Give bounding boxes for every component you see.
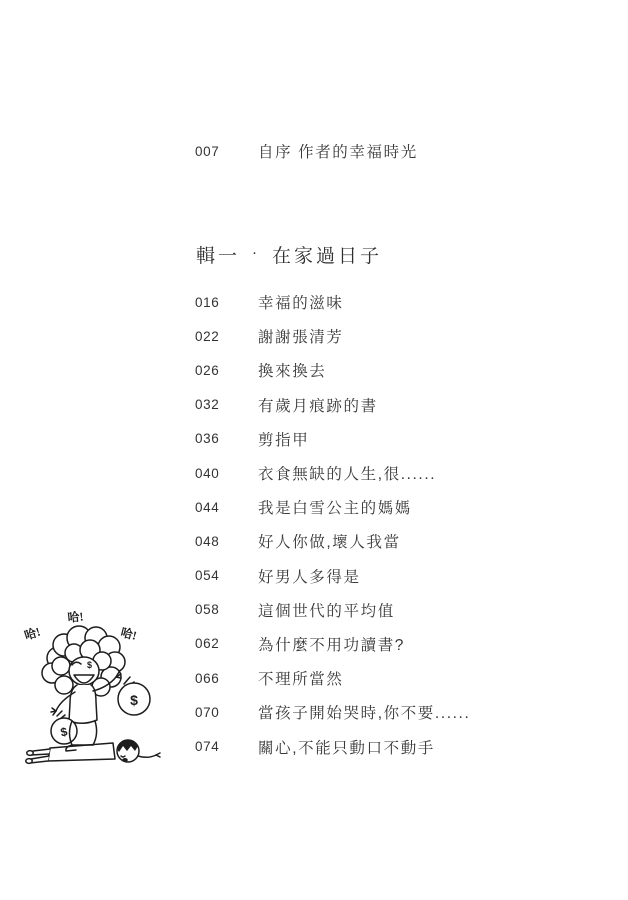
toc-entry: 054 好男人多得是: [195, 559, 470, 593]
toc-entry: 066 不理所當然: [195, 661, 470, 695]
section-header: 輯一 · 在家過日子: [196, 241, 382, 268]
toc-entry: 022 謝謝張清芳: [195, 319, 470, 353]
toc-entry: 040 衣食無缺的人生,很......: [195, 456, 470, 490]
laughing-woman-figure: $ $ $: [42, 626, 150, 751]
toc-entry-page-number: 066: [195, 671, 258, 686]
section-label: 輯一: [196, 241, 240, 268]
toc-entry-list: 016 幸福的滋味 022 謝謝張清芳 026 換來換去 032 有歲月痕跡的書…: [195, 285, 470, 764]
toc-entry-title: 有歲月痕跡的書: [258, 394, 378, 416]
toc-entry-title: 為什麼不用功讀書?: [258, 633, 405, 655]
preface-page-number: 007: [195, 144, 258, 159]
toc-entry: 048 好人你做,壞人我當: [195, 524, 470, 558]
woman-dollar-eye: $: [87, 660, 92, 670]
laugh-text-left: 哈!: [22, 624, 42, 643]
toc-entry-page-number: 070: [195, 705, 258, 720]
toc-entry-page-number: 036: [195, 431, 258, 446]
laugh-text-middle: 哈!: [67, 608, 84, 625]
toc-entry-page-number: 016: [195, 295, 258, 310]
toc-entry-title: 謝謝張清芳: [258, 325, 344, 347]
toc-entry-title: 好男人多得是: [258, 565, 361, 587]
toc-entry-page-number: 048: [195, 534, 258, 549]
preface-entry: 007 自序 作者的幸福時光: [195, 140, 418, 162]
toc-entry: 032 有歲月痕跡的書: [195, 388, 470, 422]
preface-title: 自序 作者的幸福時光: [258, 140, 418, 162]
toc-entry-title: 剪指甲: [258, 428, 309, 450]
cartoon-drawing: 哈! 哈! 哈!: [14, 598, 169, 798]
cartoon-illustration: 哈! 哈! 哈!: [14, 598, 169, 798]
toc-entry-page-number: 054: [195, 568, 258, 583]
toc-entry: 026 換來換去: [195, 353, 470, 387]
section-title: 在家過日子: [272, 241, 382, 268]
toc-entry-title: 當孩子開始哭時,你不要......: [258, 701, 470, 723]
lying-person-hair: [117, 739, 138, 752]
section-separator-dot: ·: [252, 246, 260, 263]
toc-entry-page-number: 058: [195, 602, 258, 617]
lying-person-mouth: [122, 758, 128, 762]
toc-entry-title: 這個世代的平均值: [258, 599, 395, 621]
toc-entry-title: 我是白雪公主的媽媽: [258, 496, 412, 518]
toc-entry: 036 剪指甲: [195, 422, 470, 456]
toc-entry-page-number: 022: [195, 329, 258, 344]
toc-entry-title: 好人你做,壞人我當: [258, 530, 401, 552]
toc-entry: 074 關心,不能只動口不動手: [195, 729, 470, 763]
toc-entry: 058 這個世代的平均值: [195, 593, 470, 627]
laugh-text-right: 哈!: [119, 624, 138, 642]
toc-entry-page-number: 040: [195, 466, 258, 481]
toc-entry-page-number: 032: [195, 397, 258, 412]
book-toc-page: 007 自序 作者的幸福時光 輯一 · 在家過日子 016 幸福的滋味 022 …: [0, 0, 628, 900]
toc-entry-title: 幸福的滋味: [258, 291, 344, 313]
toc-entry: 016 幸福的滋味: [195, 285, 470, 319]
woman-left-hand: [51, 708, 56, 715]
money-bag-right-symbol: $: [130, 692, 138, 708]
toc-entry-page-number: 044: [195, 500, 258, 515]
toc-entry-page-number: 062: [195, 636, 258, 651]
toc-entry-title: 關心,不能只動口不動手: [258, 736, 435, 758]
toc-entry-page-number: 074: [195, 739, 258, 754]
lying-person-head: [117, 739, 160, 762]
toc-entry: 070 當孩子開始哭時,你不要......: [195, 695, 470, 729]
money-bag-right: $: [118, 677, 150, 715]
toc-entry: 044 我是白雪公主的媽媽: [195, 490, 470, 524]
toc-entry: 062 為什麼不用功讀書?: [195, 627, 470, 661]
toc-entry-title: 換來換去: [258, 359, 326, 381]
lying-person-hand: [156, 753, 160, 757]
toc-entry-page-number: 026: [195, 363, 258, 378]
lying-person-arm: [138, 755, 156, 757]
toc-entry-title: 不理所當然: [258, 667, 344, 689]
toc-entry-title: 衣食無缺的人生,很......: [258, 462, 436, 484]
